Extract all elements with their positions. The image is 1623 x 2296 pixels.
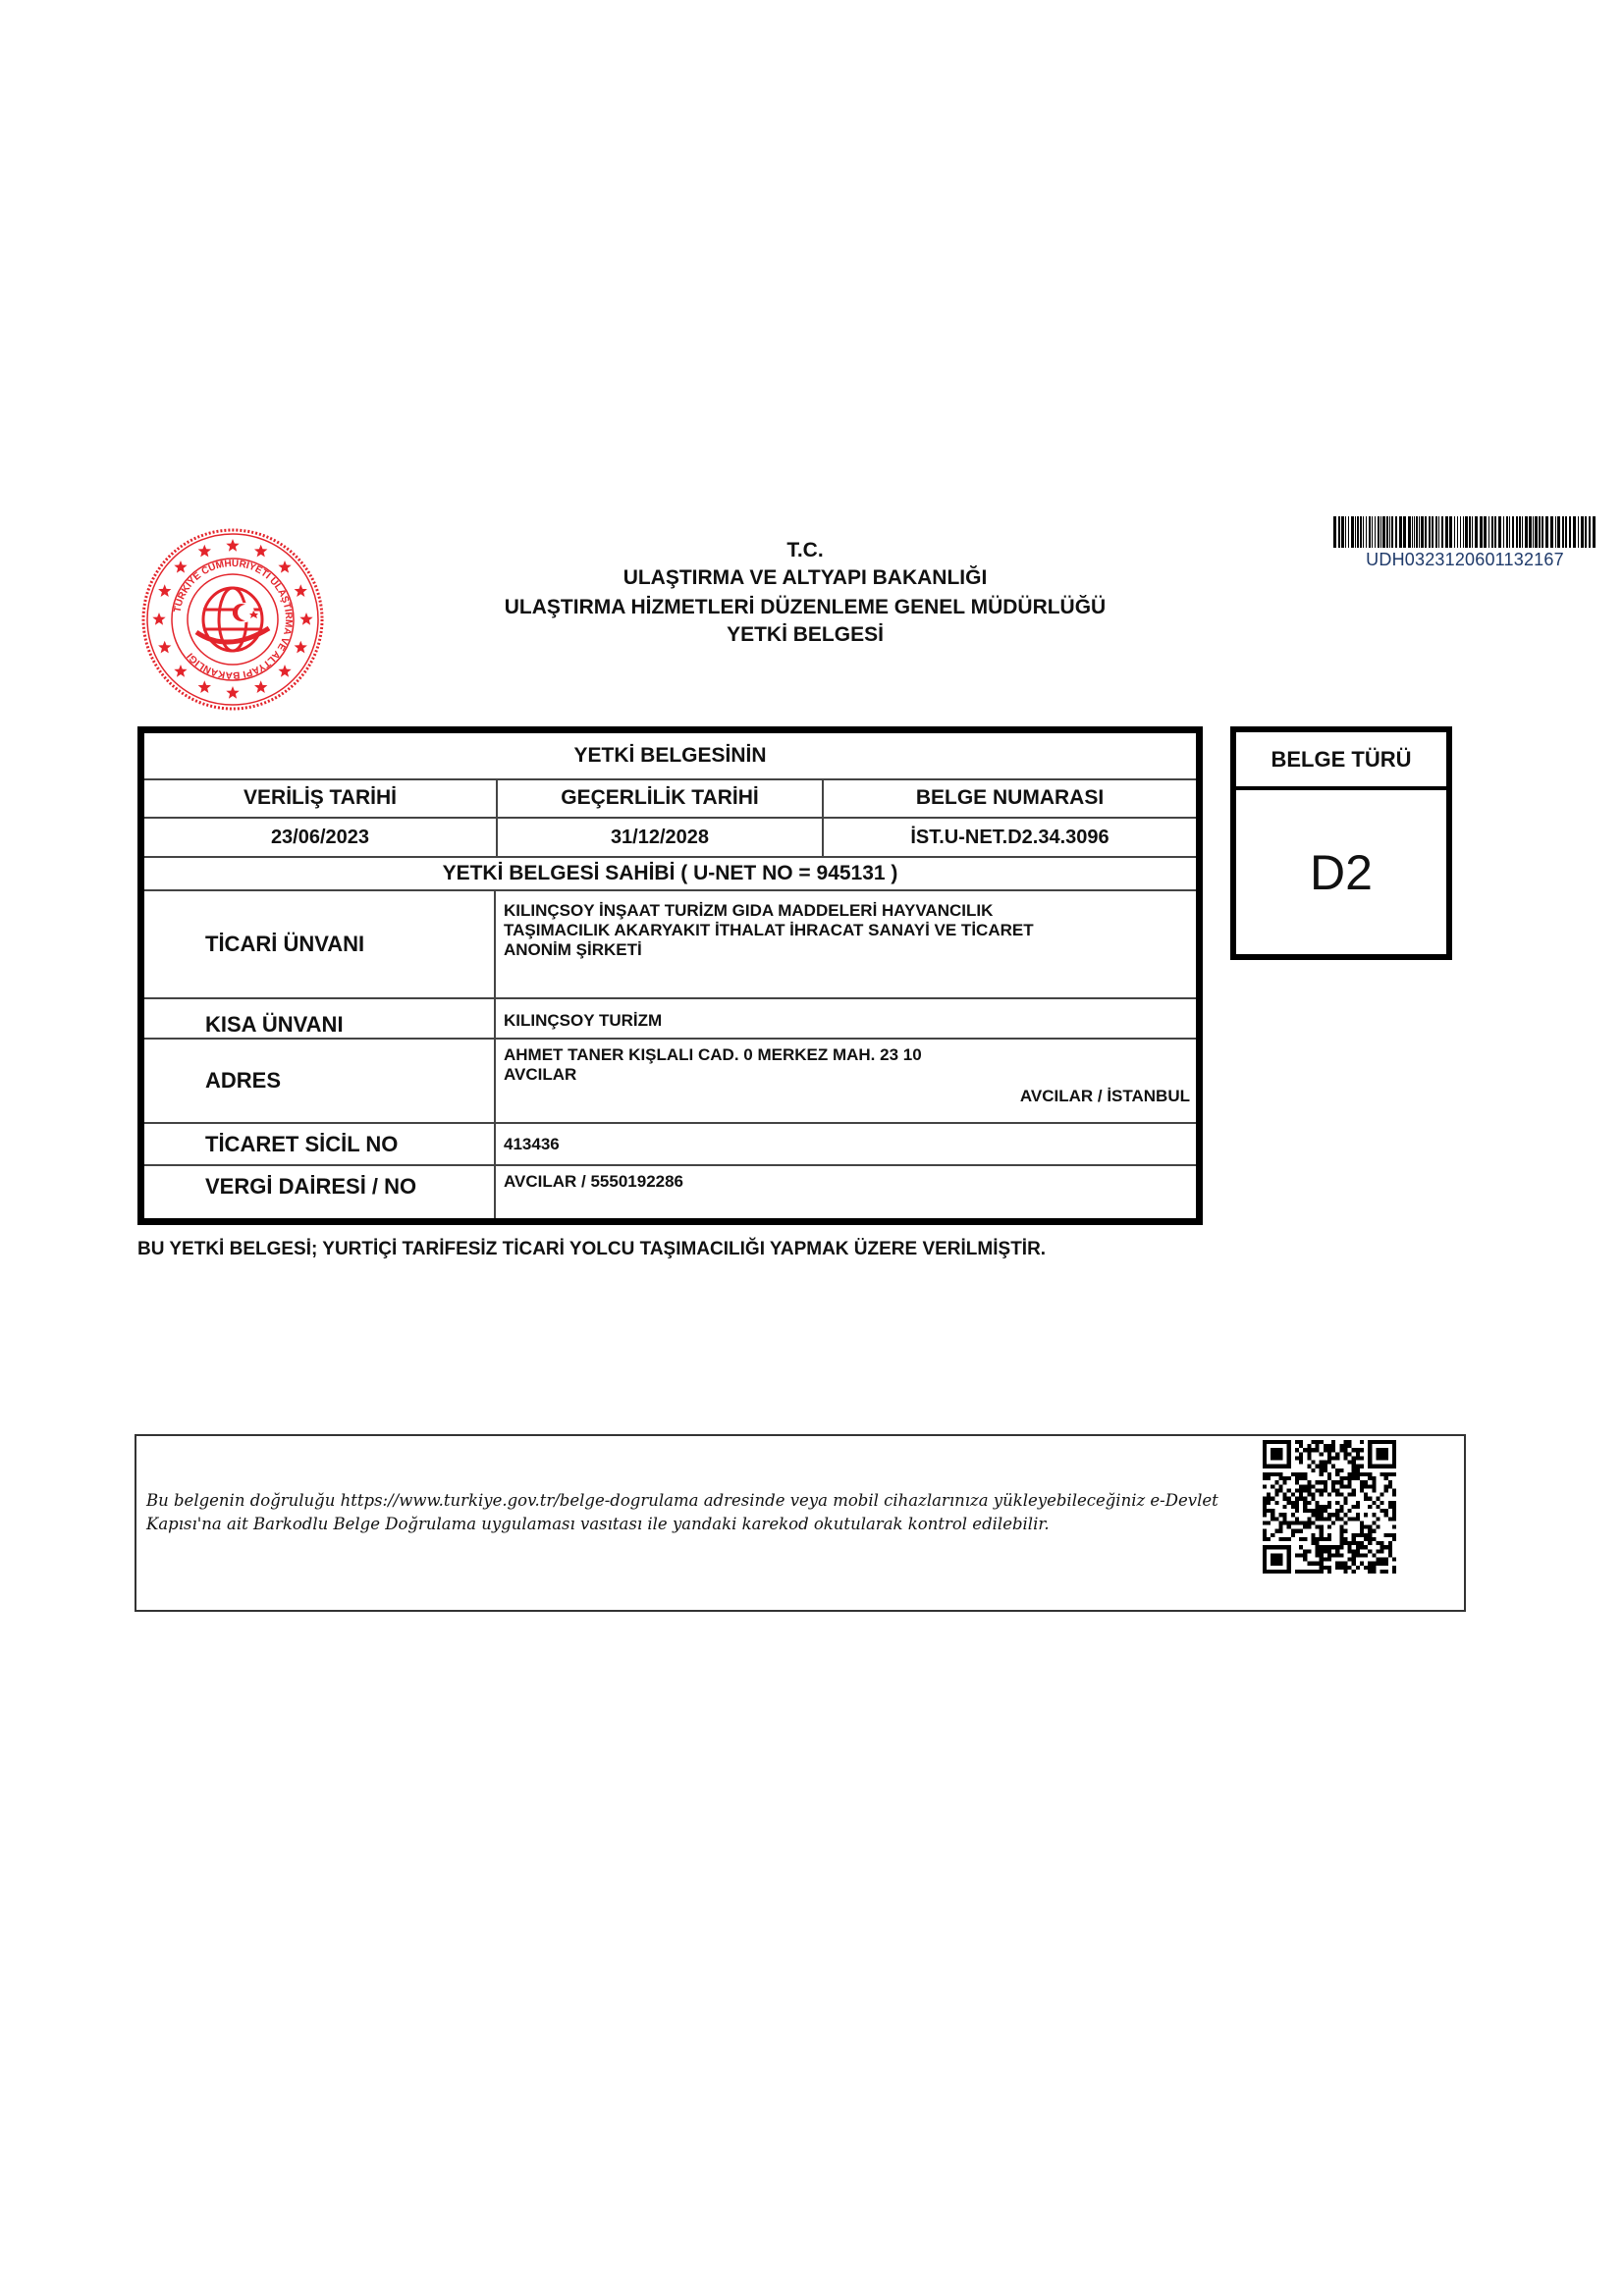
- column-document-number: BELGE NUMARASI: [824, 779, 1196, 817]
- validity-date-value: 31/12/2028: [498, 819, 822, 856]
- barcode-number: UDH0323120601132167: [1333, 550, 1596, 570]
- document-number-value: İST.U-NET.D2.34.3096: [824, 819, 1196, 856]
- certificate-table: YETKİ BELGESİNİN VERİLİŞ TARİHİ GEÇERLİL…: [137, 726, 1203, 1225]
- trade-name-label: TİCARİ ÜNVANI: [144, 891, 494, 997]
- header-doc-title: YETKİ BELGESİ: [393, 622, 1217, 648]
- trade-registry-value: 413436: [496, 1124, 1196, 1164]
- trade-name-line: KILINÇSOY İNŞAAT TURİZM GIDA MADDELERİ H…: [504, 901, 993, 921]
- address-city: AVCILAR / İSTANBUL: [1020, 1087, 1196, 1106]
- address-line: AHMET TANER KIŞLALI CAD. 0 MERKEZ MAH. 2…: [504, 1045, 922, 1065]
- address-label: ADRES: [144, 1040, 494, 1122]
- verification-line: Bu belgenin doğruluğu https://www.turkiy…: [146, 1489, 1266, 1513]
- barcode-icon: [1333, 516, 1596, 548]
- verification-box: Bu belgenin doğruluğu https://www.turkiy…: [135, 1434, 1466, 1612]
- verification-text: Bu belgenin doğruluğu https://www.turkiy…: [146, 1489, 1266, 1536]
- document-type-value: D2: [1236, 790, 1446, 954]
- owner-title: YETKİ BELGESİ SAHİBİ ( U-NET NO = 945131…: [144, 858, 1196, 889]
- certificate-statement: BU YETKİ BELGESİ; YURTİÇİ TARİFESİZ TİCA…: [137, 1239, 1046, 1260]
- document-type-label: BELGE TÜRÜ: [1236, 732, 1446, 790]
- short-name-label: KISA ÜNVANI: [144, 999, 494, 1038]
- verification-line: Kapısı'na ait Barkodlu Belge Doğrulama u…: [146, 1513, 1266, 1536]
- svg-text:TÜRKİYE CUMHURİYETİ ULAŞTIRMA: TÜRKİYE CUMHURİYETİ ULAŞTIRMA VE ALTYAPI…: [172, 559, 294, 680]
- trade-registry-label: TİCARET SİCİL NO: [144, 1124, 494, 1164]
- trade-name-line: TAŞIMACILIK AKARYAKIT İTHALAT İHRACAT SA…: [504, 921, 1034, 940]
- header-tc: T.C.: [393, 538, 1217, 563]
- tax-office-label: VERGİ DAİRESİ / NO: [144, 1166, 494, 1207]
- issue-date-value: 23/06/2023: [144, 819, 496, 856]
- short-name-value: KILINÇSOY TURİZM: [496, 999, 1196, 1038]
- address-line: AVCILAR: [504, 1065, 576, 1085]
- trade-name-line: ANONİM ŞİRKETİ: [504, 940, 642, 960]
- tax-office-value: AVCILAR / 5550192286: [496, 1166, 1196, 1207]
- document-type-box: BELGE TÜRÜ D2: [1230, 726, 1452, 960]
- column-validity-date: GEÇERLİLİK TARİHİ: [498, 779, 822, 817]
- header-directorate: ULAŞTIRMA HİZMETLERİ DÜZENLEME GENEL MÜD…: [393, 595, 1217, 620]
- address-value: AHMET TANER KIŞLALI CAD. 0 MERKEZ MAH. 2…: [496, 1040, 1196, 1122]
- qr-code-icon[interactable]: [1263, 1439, 1396, 1575]
- certificate-title: YETKİ BELGESİNİN: [144, 733, 1196, 778]
- ministry-seal-icon: TÜRKİYE CUMHURİYETİ ULAŞTIRMA VE ALTYAPI…: [139, 526, 326, 713]
- trade-name-value: KILINÇSOY İNŞAAT TURİZM GIDA MADDELERİ H…: [496, 891, 1196, 997]
- header-ministry: ULAŞTIRMA VE ALTYAPI BAKANLIĞI: [393, 565, 1217, 591]
- column-issue-date: VERİLİŞ TARİHİ: [144, 779, 496, 817]
